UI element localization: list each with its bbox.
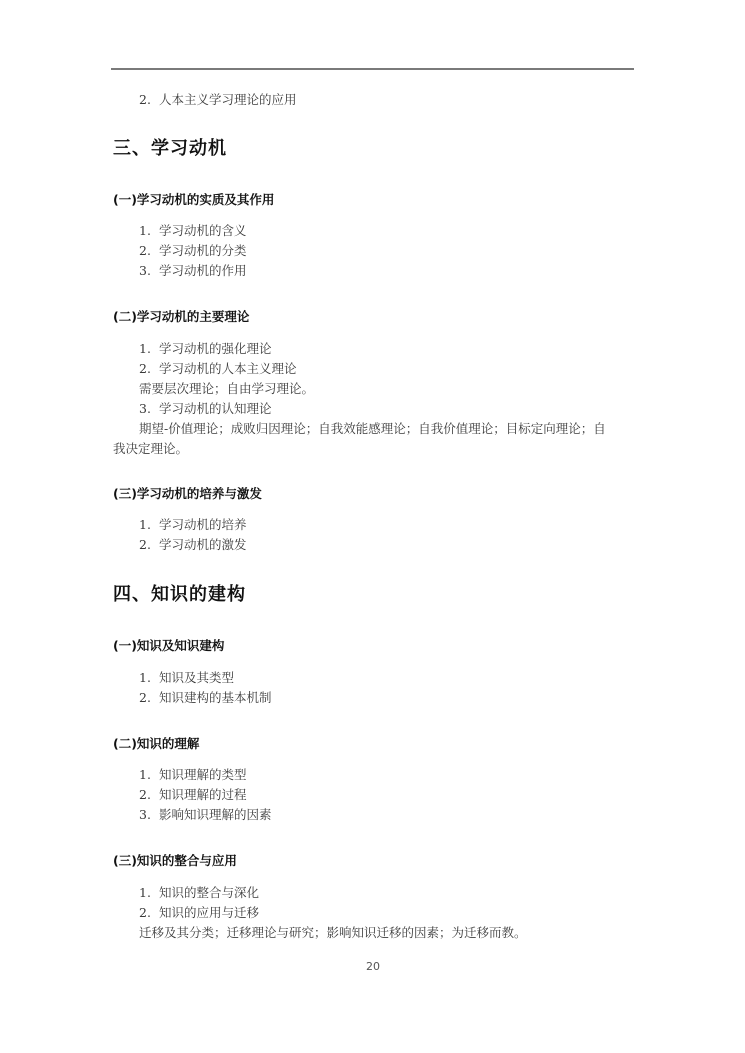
item-text: 学习动机的作用	[159, 263, 247, 278]
item-number: 1.	[139, 221, 159, 241]
item-number: 2.	[139, 688, 159, 708]
item-text: 知识理解的类型	[159, 767, 247, 782]
item-number: 1.	[139, 883, 159, 903]
item-number: 2.	[139, 241, 159, 261]
item-text: 学习动机的认知理论	[159, 401, 272, 416]
section-heading: 四、知识的建构	[113, 580, 246, 606]
item-text: 学习动机的激发	[159, 537, 247, 552]
item-number: 3.	[139, 399, 159, 419]
item-text: 学习动机的分类	[159, 243, 247, 258]
item-text: 影响知识理解的因素	[159, 807, 272, 822]
item-text: 人本主义学习理论的应用	[159, 92, 297, 107]
paragraph: 期望-价值理论；成败归因理论；自我效能感理论；自我价值理论；目标定向理论；自	[139, 419, 606, 439]
item-number: 1.	[139, 668, 159, 688]
list-item: 1.知识及其类型	[139, 668, 234, 688]
item-text: 学习动机的含义	[159, 223, 247, 238]
item-text: 知识及其类型	[159, 670, 234, 685]
list-item: 1.学习动机的含义	[139, 221, 247, 241]
list-item: 1.知识理解的类型	[139, 765, 247, 785]
list-item: 2.学习动机的分类	[139, 241, 247, 261]
list-item: 2.知识建构的基本机制	[139, 688, 272, 708]
subsection-heading: (二)学习动机的主要理论	[113, 307, 249, 325]
item-number: 2.	[139, 903, 159, 923]
paragraph: 我决定理论。	[113, 439, 188, 459]
item-text: 知识的应用与迁移	[159, 905, 259, 920]
paragraph: 迁移及其分类；迁移理论与研究；影响知识迁移的因素；为迁移而教。	[139, 923, 527, 943]
list-item: 3.影响知识理解的因素	[139, 805, 272, 825]
section-heading: 三、学习动机	[113, 134, 227, 160]
paragraph: 需要层次理论；自由学习理论。	[139, 379, 314, 399]
list-item: 3.学习动机的作用	[139, 261, 247, 281]
list-item: 2.知识理解的过程	[139, 785, 247, 805]
item-number: 2.	[139, 359, 159, 379]
item-text: 知识的整合与深化	[159, 885, 259, 900]
list-item: 1.知识的整合与深化	[139, 883, 259, 903]
item-number: 3.	[139, 261, 159, 281]
item-text: 学习动机的强化理论	[159, 341, 272, 356]
page-number: 20	[366, 960, 380, 973]
list-item: 2.知识的应用与迁移	[139, 903, 259, 923]
list-item: 1.学习动机的强化理论	[139, 339, 272, 359]
item-number: 3.	[139, 805, 159, 825]
subsection-heading: (三)知识的整合与应用	[113, 851, 237, 869]
item-text: 知识理解的过程	[159, 787, 247, 802]
list-item: 1.学习动机的培养	[139, 515, 247, 535]
list-item: 2.学习动机的人本主义理论	[139, 359, 297, 379]
subsection-heading: (二)知识的理解	[113, 734, 199, 752]
item-text: 学习动机的人本主义理论	[159, 361, 297, 376]
item-number: 2.	[139, 785, 159, 805]
item-number: 1.	[139, 339, 159, 359]
item-number: 2.	[139, 90, 159, 110]
item-number: 1.	[139, 515, 159, 535]
subsection-heading: (一)学习动机的实质及其作用	[113, 190, 274, 208]
list-item: 3.学习动机的认知理论	[139, 399, 272, 419]
subsection-heading: (一)知识及知识建构	[113, 636, 224, 654]
item-number: 2.	[139, 535, 159, 555]
item-text: 学习动机的培养	[159, 517, 247, 532]
list-item: 2.学习动机的激发	[139, 535, 247, 555]
header-rule	[111, 68, 634, 70]
item-number: 1.	[139, 765, 159, 785]
item-text: 知识建构的基本机制	[159, 690, 272, 705]
subsection-heading: (三)学习动机的培养与激发	[113, 484, 262, 502]
list-item: 2.人本主义学习理论的应用	[139, 90, 297, 110]
